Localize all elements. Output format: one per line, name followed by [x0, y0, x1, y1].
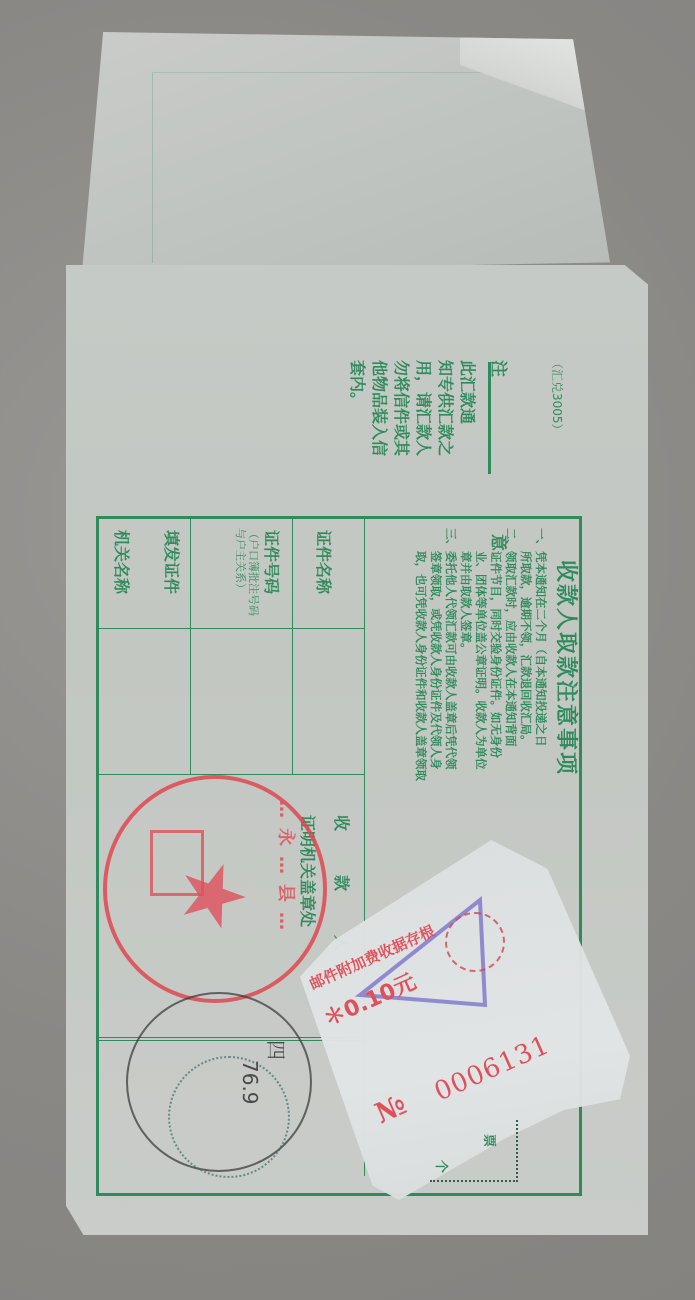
table-divider: [292, 518, 293, 774]
table-divider: [98, 774, 364, 775]
postmark-text: 四: [263, 1040, 292, 1060]
id-number-label: 证件号码: [261, 530, 284, 594]
instruction-line: 章并由取款人签章。: [458, 528, 473, 781]
postmark-inner-ring: [168, 1056, 290, 1178]
postmark-date: 76.9: [238, 1060, 262, 1105]
notice-line: 他物品装入信: [368, 360, 390, 456]
instructions-body: 一、凭本通知在二个月（自本通知投递之日 所取款，逾期不领，汇款退回收汇局。 二、…: [413, 528, 548, 781]
id-type-label: 证件名称: [313, 530, 336, 594]
notice-line: 此汇款通: [456, 360, 478, 456]
notice-line: 套内。: [346, 360, 368, 456]
notice-divider: [488, 362, 491, 474]
flap-fold-highlight: [460, 32, 610, 122]
table-divider: [190, 518, 191, 774]
seal-text: …永…县…: [274, 800, 300, 940]
instruction-line: 一、凭本通知在二个月（自本通知投递之日: [533, 528, 548, 781]
instruction-line: 三、委托他人代领汇款可由收款人盖章后凭代领: [443, 528, 458, 781]
id-number-sublabel: （户口簿批注号码与户主关系）: [234, 528, 260, 618]
form-code: （汇兑3005）: [549, 357, 566, 436]
issuing-label: 填发证件: [161, 530, 184, 594]
notice-line: 知专供汇款之: [434, 360, 456, 456]
red-dashed-circle-mark: [445, 912, 505, 972]
instruction-line: 签章领取，或凭收款人身份证件及代领人身: [428, 528, 443, 781]
authority-label: 机关名称: [111, 530, 134, 594]
instruction-line: 二、领取汇款时，应由收款人在本通知背面: [503, 528, 518, 781]
instruction-line: 取，也可凭收款人身份证件和收款人盖章领取: [413, 528, 428, 781]
instruction-line: 所取款，逾期不领，汇款退回收汇局。: [518, 528, 533, 781]
table-divider: [98, 628, 364, 629]
envelope-back-flap: [82, 32, 610, 272]
notice-line: 用，请汇款人: [412, 360, 434, 456]
notice-body: 此汇款通 知专供汇款之 用，请汇款人 勿将信件或其 他物品装入信 套内。: [346, 360, 478, 456]
instructions-title: 收款人取款注意事项: [552, 560, 583, 776]
instruction-line: 证件节目，同时交验身份证件。如无身份: [488, 528, 503, 781]
notice-line: 勿将信件或其: [390, 360, 412, 456]
stub-piece-label: 个: [433, 1160, 452, 1173]
stub-ticket-label: 票: [481, 1134, 500, 1147]
instruction-line: 业、团体等单位盖公章证明。收款人为单位: [473, 528, 488, 781]
